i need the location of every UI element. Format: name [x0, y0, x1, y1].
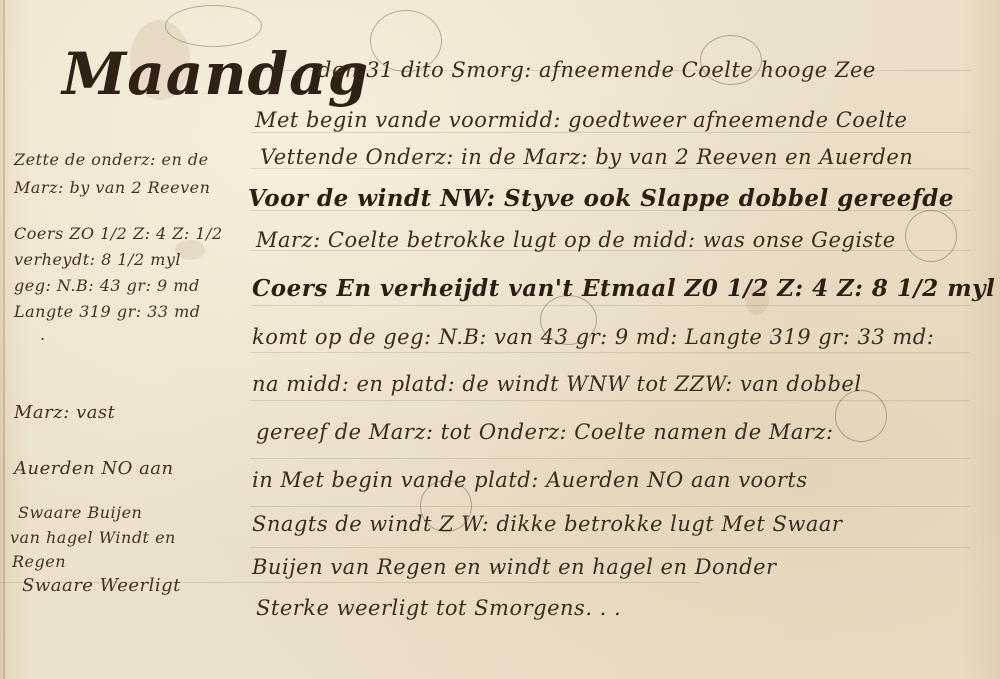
log-line-12: Buijen van Regen en windt en hagel en Do…	[252, 555, 777, 579]
ruling-line	[250, 547, 970, 548]
margin-note: Swaare Buijen	[18, 503, 142, 522]
margin-note: Regen	[12, 552, 66, 571]
ruling-line	[250, 132, 970, 133]
ruling-line	[250, 458, 970, 459]
margin-note: Marz: vast	[14, 402, 115, 423]
ruling-line	[250, 305, 970, 306]
log-line-3: Vettende Onderz: in de Marz: by van 2 Re…	[260, 145, 913, 169]
log-line-13: Sterke weerligt tot Smorgens. . .	[256, 596, 621, 620]
page-edge-line	[3, 0, 5, 679]
log-line-8: na midd: en platd: de windt WNW tot ZZW:…	[252, 372, 862, 396]
ruling-line	[250, 506, 970, 507]
margin-note: verheydt: 8 1/2 myl	[14, 250, 181, 269]
margin-note: Coers ZO 1/2 Z: 4 Z: 1/2	[14, 224, 223, 243]
pen-flourish	[905, 210, 957, 262]
pen-flourish	[835, 390, 887, 442]
manuscript-page: Maandag den 31 dito Smorg: afneemende Co…	[0, 0, 1000, 679]
margin-note: .	[40, 325, 46, 344]
margin-note: Langte 319 gr: 33 md	[14, 302, 201, 321]
log-line-9: gereef de Marz: tot Onderz: Coelte namen…	[256, 420, 834, 444]
log-line-1: den 31 dito Smorg: afneemende Coelte hoo…	[318, 58, 876, 82]
margin-note: Zette de onderz: en de	[14, 150, 209, 169]
log-line-11: Snagts de windt Z W: dikke betrokke lugt…	[252, 512, 842, 536]
margin-note: Marz: by van 2 Reeven	[14, 178, 210, 197]
margin-note: Swaare Weerligt	[22, 575, 181, 596]
log-line-10: in Met begin vande platd: Auerden NO aan…	[252, 468, 808, 492]
log-line-5: Marz: Coelte betrokke lugt op de midd: w…	[256, 228, 896, 252]
log-line-2: Met begin vande voormidd: goedtweer afne…	[255, 108, 907, 132]
log-line-4: Voor de windt NW: Styve ook Slappe dobbe…	[248, 185, 954, 212]
margin-note: geg: N.B: 43 gr: 9 md	[14, 276, 200, 295]
log-line-7: komt op de geg: N.B: van 43 gr: 9 md: La…	[252, 325, 934, 349]
margin-note: van hagel Windt en	[10, 528, 176, 547]
ruling-line	[250, 352, 970, 353]
log-line-6: Coers En verheijdt van't Etmaal Z0 1/2 Z…	[252, 275, 995, 302]
margin-note: Auerden NO aan	[14, 458, 174, 479]
